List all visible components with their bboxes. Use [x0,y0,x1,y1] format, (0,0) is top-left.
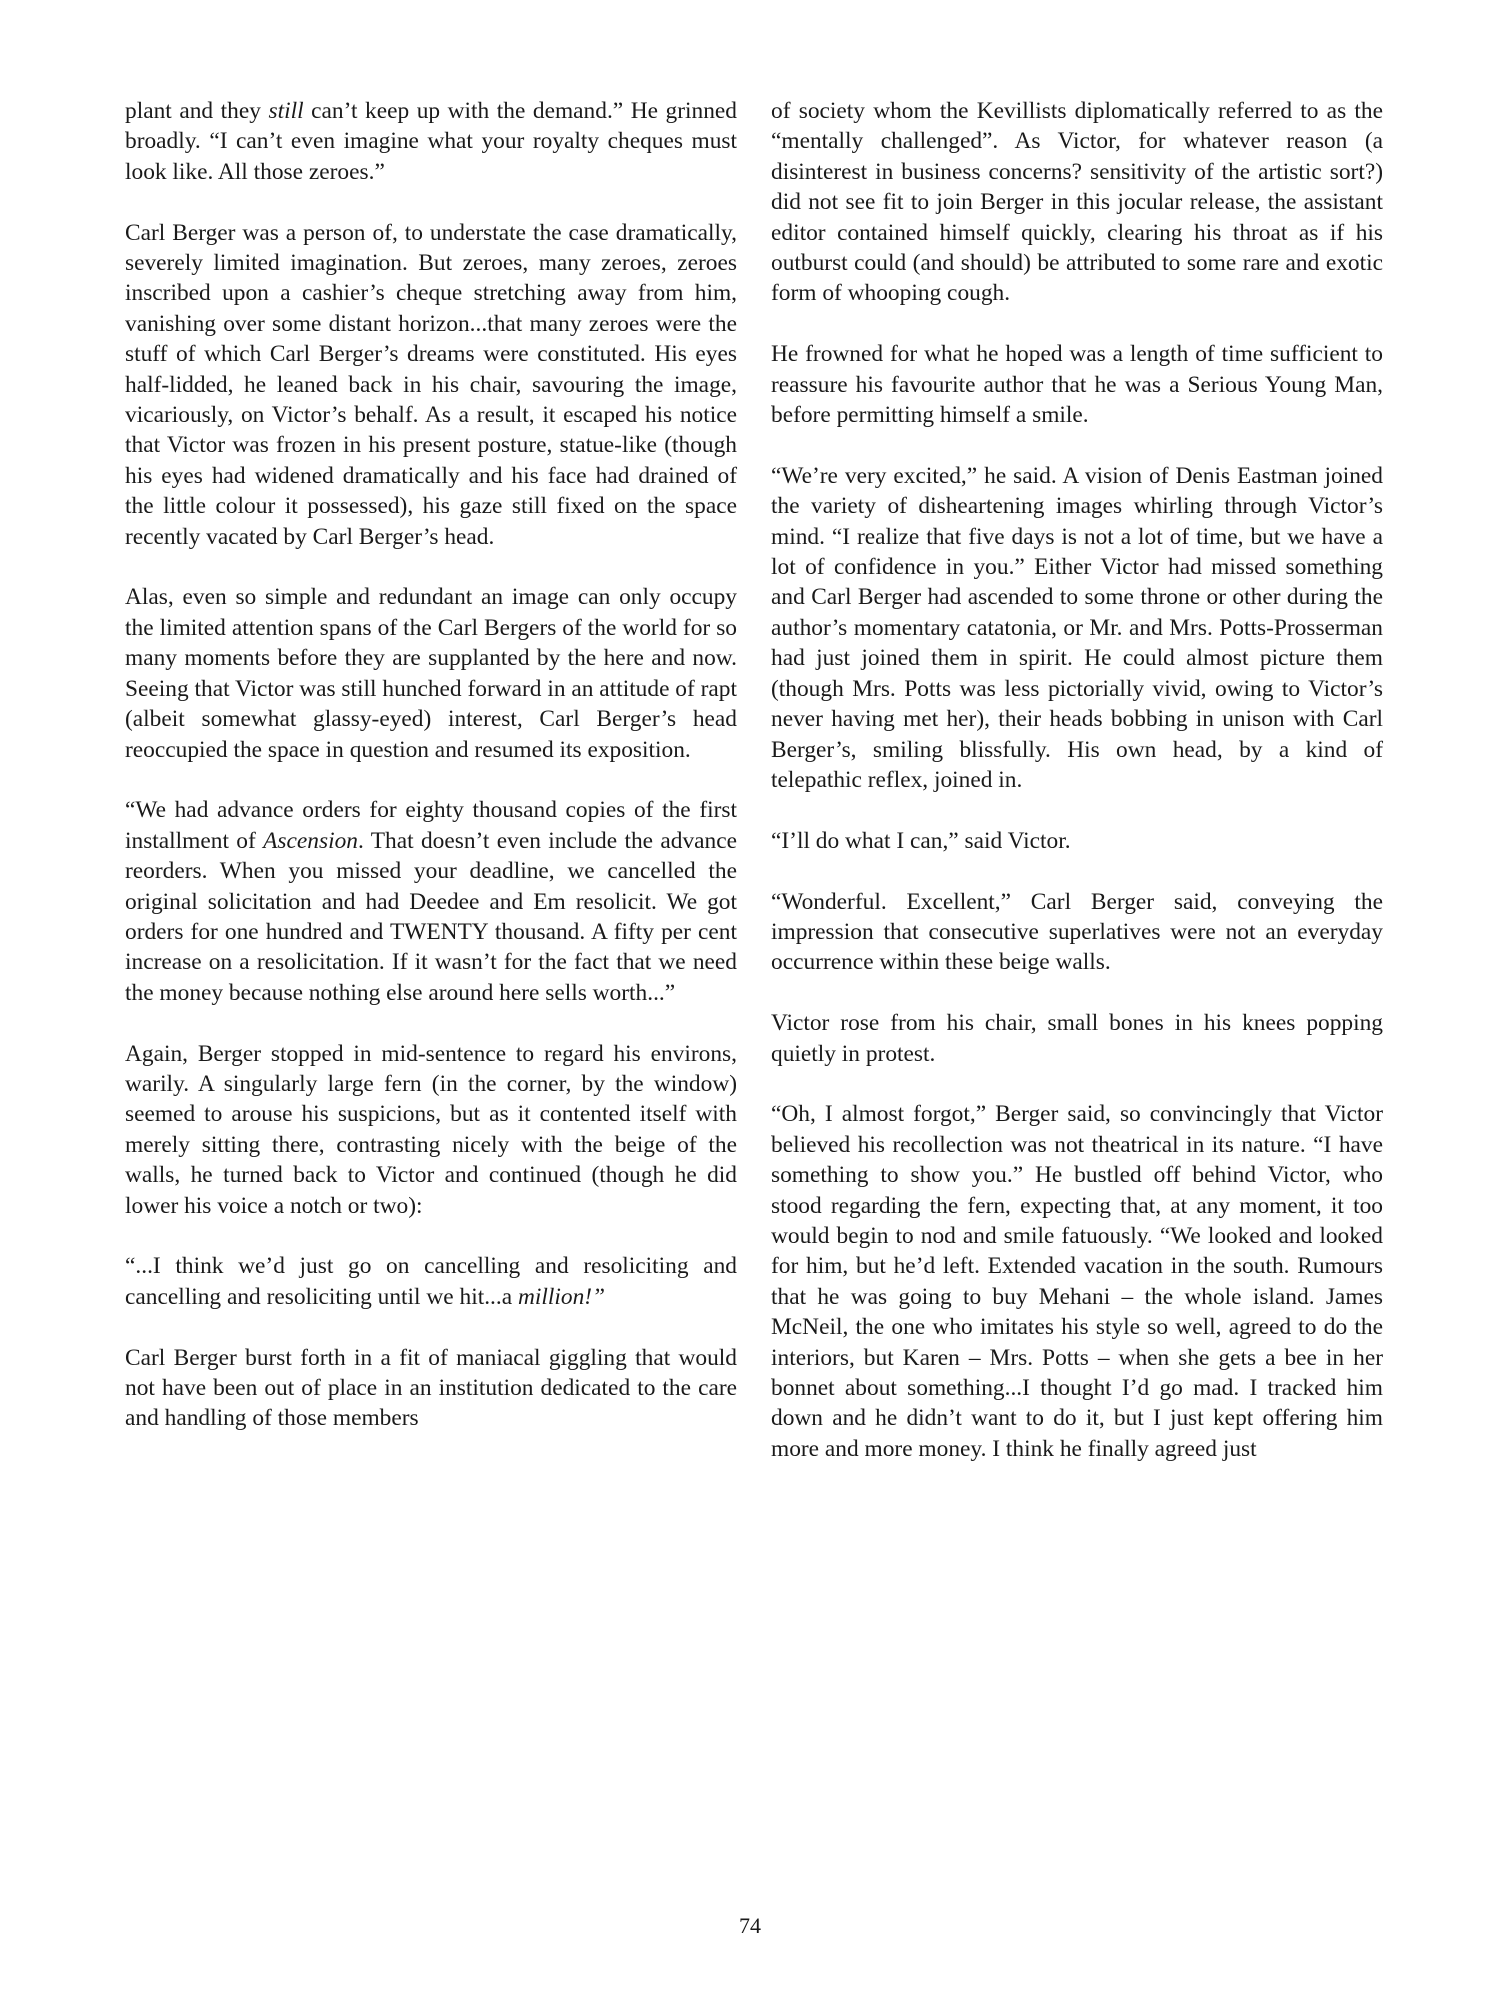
text-segment: “Oh, I almost forgot,” Berger said, so c… [771,1101,1383,1461]
italic-text: million!” [518,1284,605,1310]
page-number: 74 [0,1913,1500,1939]
text-segment: Victor rose from his chair, small bones … [771,1010,1383,1066]
italic-text: still [268,98,303,124]
paragraph: “Oh, I almost forgot,” Berger said, so c… [771,1099,1383,1464]
text-segment: “Wonderful. Excellent,” Carl Berger said… [771,889,1383,976]
text-segment: He frowned for what he hoped was a lengt… [771,341,1383,428]
paragraph: “Wonderful. Excellent,” Carl Berger said… [771,887,1383,978]
text-segment: . That doesn’t even include the advance … [125,828,737,1006]
paragraph: Again, Berger stopped in mid-sentence to… [125,1039,737,1221]
text-segment: Carl Berger was a person of, to understa… [125,220,737,550]
text-segment: of society whom the Kevillists diplomati… [771,98,1383,306]
text-segment: “...I think we’d just go on cancelling a… [125,1253,737,1309]
text-segment: Again, Berger stopped in mid-sentence to… [125,1041,737,1219]
paragraph: Carl Berger was a person of, to understa… [125,218,737,552]
paragraph: “We’re very excited,” he said. A vision … [771,461,1383,795]
paragraph: Alas, even so simple and redundant an im… [125,582,737,764]
text-segment: “I’ll do what I can,” said Victor. [771,828,1071,854]
right-column: of society whom the Kevillists diplomati… [771,96,1383,1464]
text-segment: Carl Berger burst forth in a fit of mani… [125,1345,737,1432]
paragraph: “I’ll do what I can,” said Victor. [771,826,1383,856]
paragraph: “...I think we’d just go on cancelling a… [125,1251,737,1312]
left-column: plant and they still can’t keep up with … [125,96,737,1434]
italic-title-ascension: Ascension [263,828,358,854]
text-segment: Alas, even so simple and redundant an im… [125,584,737,762]
paragraph: of society whom the Kevillists diplomati… [771,96,1383,309]
text-segment: plant and they [125,98,268,124]
paragraph: “We had advance orders for eighty thousa… [125,795,737,1008]
paragraph: He frowned for what he hoped was a lengt… [771,339,1383,430]
paragraph: Carl Berger burst forth in a fit of mani… [125,1343,737,1434]
paragraph: Victor rose from his chair, small bones … [771,1008,1383,1069]
text-segment: “We’re very excited,” he said. A vision … [771,463,1383,793]
paragraph: plant and they still can’t keep up with … [125,96,737,187]
